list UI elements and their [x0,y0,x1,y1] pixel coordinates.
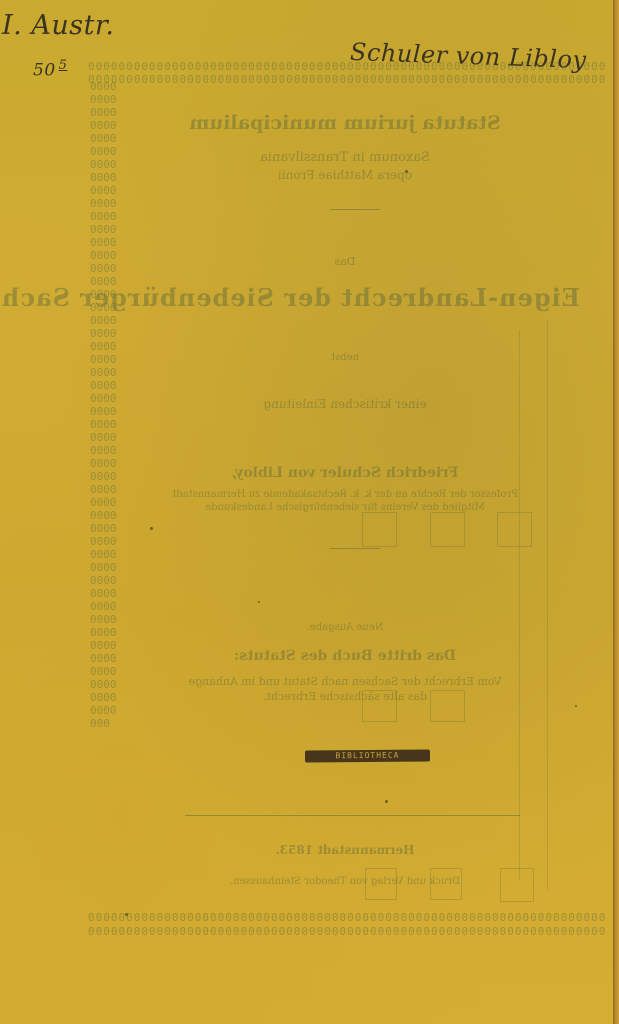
bleed-box [497,512,532,547]
scanned-page: 0000000000000000000000000000000000000000… [0,0,614,1024]
bleed-rule [330,548,380,549]
bleed-imprint-place: Hermannstadt 1853. [110,843,580,857]
bleed-vertical-line [519,330,520,880]
bleed-book-desc: Vom Erbrecht der Sachsen nach Statut und… [110,675,580,688]
handwritten-shelf-number: 505 [33,58,67,81]
paper-speck [405,170,408,173]
bleed-author: Friedrich Schuler von Libloy, [110,465,580,481]
bleed-subtitle-latin-2: opera Matthiae Fronii [110,168,580,182]
paper-speck [385,800,388,803]
bleed-article: Das [110,255,580,268]
paper-speck [575,705,577,707]
paper-speck [125,913,128,916]
bleed-imprint-printer: Druck und Verlag von Theodor Steinhausse… [110,876,580,887]
bleed-introduction: einer kritischen Einleitung [110,397,580,411]
shelf-number-main: 50 [33,61,56,81]
bleed-connector: nebst [110,352,580,363]
bleed-box [430,512,465,547]
bleed-book-desc-2: das alte sächsische Erbrecht. [110,690,580,703]
bleed-box [362,512,397,547]
paper-speck [258,601,260,603]
bleed-subtitle-latin: Saxonum in Transsilvania [110,150,580,165]
ornament-border-bottom-inner: 0000000000000000000000000000000000000000… [88,925,608,938]
shelf-number-sup: 5 [59,58,68,73]
library-stamp: BIBLIOTHECA [305,749,430,762]
ornament-border-top-inner: 0000000000000000000000000000000000000000… [88,73,608,86]
page-edge [613,0,619,1024]
bleed-edition: Neue Ausgabe. [110,622,580,633]
bleed-author-affiliation: Mitglied des Vereins für siebenbürgische… [110,502,580,513]
bleed-rule [330,209,380,210]
bleed-title-latin: Statuta jurium municipalium [110,112,580,134]
bleed-author-title: Professor der Rechte an der k. k. Rechts… [110,489,580,500]
ornament-border-bottom: 0000000000000000000000000000000000000000… [88,911,608,924]
handwritten-classification: I. Austr. [2,10,114,41]
bleed-main-title: Eigen-Landrecht der Siebenbürger Sachsen [110,283,580,312]
bleed-ornamental-rule [185,815,520,816]
bleed-book-heading: Das dritte Buch des Statuts: [110,648,580,664]
paper-speck [150,527,153,530]
